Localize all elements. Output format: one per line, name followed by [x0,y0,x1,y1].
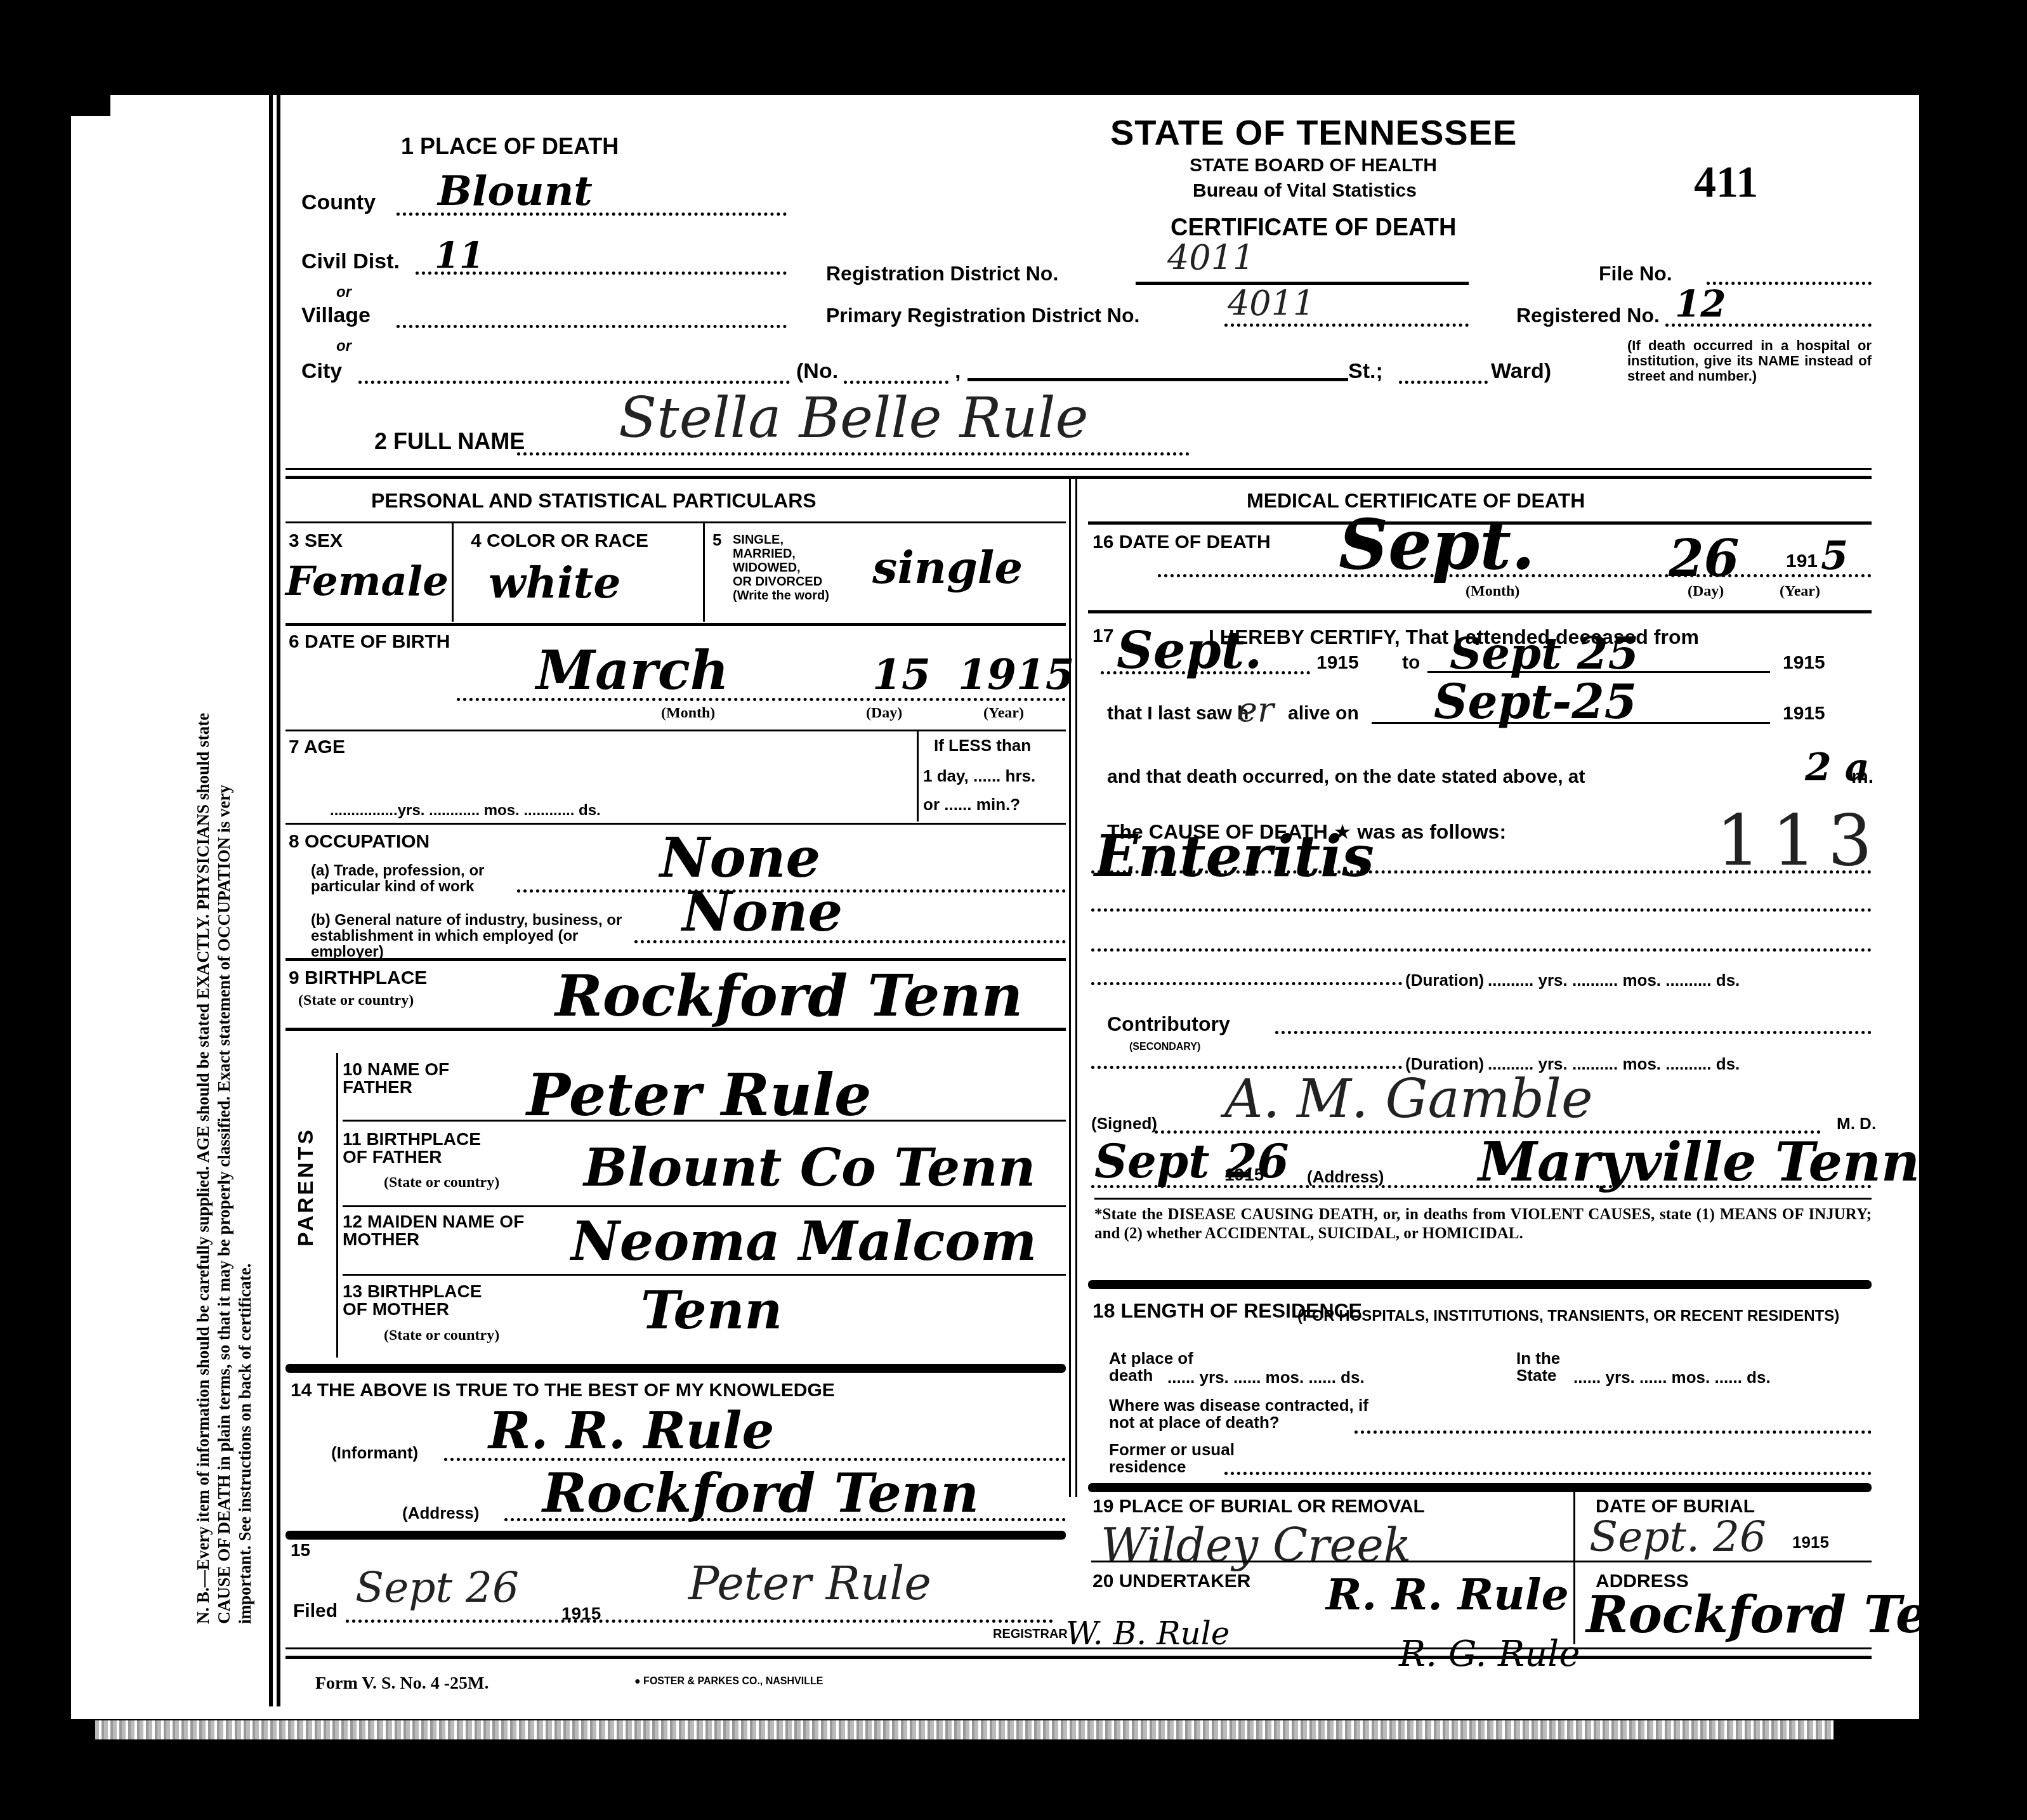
file-no-label: File No. [1599,263,1672,284]
duration-units-1: .......... yrs. .......... mos. ........… [1488,972,1740,989]
occupation-b-value: None [682,885,843,939]
cause-footnote: *State the DISEASE CAUSING DEATH, or, in… [1094,1205,1872,1243]
column-divider [1069,479,1071,1497]
mother-birthplace-label: 13 BIRTHPLACE OF MOTHER [343,1283,501,1318]
or-separator-2: or [336,338,351,354]
former-residence-label: Former or usual residence [1109,1441,1249,1476]
dod-month: Sept. [1339,511,1535,579]
bottom-left-scrawl: W. B. Rule [1066,1618,1230,1649]
attended-to: Sept 25 [1450,631,1639,676]
age-units: ................yrs. ............ mos. .… [330,802,601,818]
margin-note-line2: CAUSE OF DEATH in plain terms, so that i… [214,785,234,1624]
comma-separator: , [955,360,961,382]
city-line [358,381,790,384]
age-label: 7 AGE [289,738,345,757]
residence-caption: (FOR HOSPITALS, INSTITUTIONS, TRANSIENTS… [1297,1305,1875,1328]
last-saw-pronoun: er [1237,693,1274,727]
dob-day-caption: (Day) [866,705,902,721]
less-than-line2: 1 day, ...... hrs. [923,768,1035,785]
dod-year-caption: (Year) [1780,584,1820,599]
cause-line-2 [1091,908,1872,912]
row-rule-dob [285,623,1066,626]
mother-name-label: 12 MAIDEN NAME OF MOTHER [343,1213,552,1248]
filed-date: Sept 26 [355,1567,519,1609]
filed-line [346,1620,1053,1623]
personal-heading: PERSONAL AND STATISTICAL PARTICULARS [371,490,817,511]
row-rule-certify [1088,610,1872,613]
father-birthplace-caption: (State or country) [384,1175,499,1191]
mother-birthplace-caption: (State or country) [384,1328,499,1344]
registered-no-label: Registered No. [1516,305,1660,325]
undertaker-value: R. R. Rule [1326,1573,1569,1616]
street-label: St.; [1348,360,1383,382]
occupation-label: 8 OCCUPATION [289,832,430,851]
city-label: City [301,360,342,382]
row-rule-mother-name [343,1205,1066,1207]
marital-option-widowed: WIDOWED, [733,561,829,575]
dob-day: 15 [872,653,931,695]
form-number: Form V. S. No. 4 -25M. [315,1673,489,1694]
marital-value: single [872,546,1023,590]
footnote-rule [1094,1198,1872,1200]
undertaker-address-value: Rockford Tenn [1586,1589,2002,1640]
mother-name-value: Neoma Malcom [571,1215,1037,1268]
certificate-number: 411 [1694,157,1758,208]
informant-value: R. R. Rule [489,1405,774,1456]
attended-from-year: 1915 [1316,653,1359,672]
dod-day: 26 [1669,533,1739,584]
margin-rule-right [277,95,280,1706]
county-value: Blount [438,171,593,212]
ward-label: Ward) [1491,360,1551,382]
last-saw-label: that I last saw h [1107,704,1249,723]
dod-day-caption: (Day) [1688,584,1724,599]
duration-label-1: (Duration) [1405,972,1484,989]
row-rule-mother-birthplace [343,1274,1066,1276]
or-separator-1: or [336,284,351,300]
signed-address-label: (Address) [1307,1169,1384,1186]
at-place-units: ...... yrs. ...... mos. ...... ds. [1167,1369,1365,1386]
attended-from: Sept. [1117,625,1262,676]
scan-edge [95,1720,1833,1739]
dod-year-suffix: 5 [1821,536,1848,575]
age-divider [917,730,919,822]
sex-value: Female [285,561,449,602]
burial-place-label: 19 PLACE OF BURIAL OR REMOVAL [1092,1497,1425,1516]
age-units-text: yrs. ............ mos. ............ ds. [398,802,601,819]
attended-to-year: 1915 [1783,653,1825,672]
bureau-title: Bureau of Vital Statistics [1193,181,1417,200]
registration-district-label: Registration District No. [826,263,1058,284]
board-title: STATE BOARD OF HEALTH [1190,156,1437,175]
row-rule-parents [285,1028,1066,1031]
margin-note-line1: N. B.—Every item of information should b… [194,713,213,1624]
father-birthplace-value: Blount Co Tenn [584,1142,1035,1194]
contributory-caption: (SECONDARY) [1129,1042,1200,1053]
registrar-label: REGISTRAR [993,1627,1068,1641]
race-label: 4 COLOR OR RACE [471,532,648,551]
birthplace-label: 9 BIRTHPLACE [289,969,427,988]
dod-year-prefix: 191 [1786,552,1818,571]
header-divider-1 [285,468,1872,470]
row-rule-age [285,730,1066,731]
column-divider-2 [1075,479,1077,1497]
father-birthplace-label: 11 BIRTHPLACE OF FATHER [343,1130,501,1166]
street-no-label: (No. [796,360,838,382]
dod-month-caption: (Month) [1466,584,1519,599]
birthplace-caption: (State or country) [298,993,414,1009]
cause-code: 113 [1716,806,1884,875]
hospital-note: (If death occurred in a hospital or inst… [1627,338,1872,384]
contributory-line [1275,1031,1872,1034]
full-name-line [517,452,1190,455]
occupation-a-value: None [660,831,820,886]
margin-note-line3: important. See instructions on back of c… [235,1264,255,1624]
parents-divider [336,1053,338,1358]
row-rule-occupation [285,823,1066,825]
printer-name: FOSTER & PARKES CO., NASHVILLE [643,1676,823,1687]
father-name-value: Peter Rule [527,1066,872,1124]
marital-option-instruction: (Write the word) [733,589,829,603]
village-label: Village [301,304,371,326]
informant-address-label: (Address) [402,1505,479,1522]
to-label: to [1402,653,1420,672]
father-name-label: 10 NAME OF FATHER [343,1061,495,1096]
row-rule-birthplace [285,958,1066,961]
row-rule-informant [285,1364,1066,1373]
dob-year-caption: (Year) [983,705,1024,721]
informant-label: (Informant) [331,1444,418,1462]
row-rule-burial [1088,1483,1872,1492]
filed-label: Filed [293,1602,338,1621]
alive-on-label: alive on [1288,704,1359,723]
street-no-line [844,381,948,384]
certificate-title: CERTIFICATE OF DEATH [1171,216,1456,240]
sex-race-divider [452,523,454,622]
primary-registration-district-label: Primary Registration District No. [826,305,1139,325]
signed-year: 1915 [1224,1166,1264,1184]
former-residence-line [1224,1472,1872,1475]
filed-year: 1915 [561,1605,601,1623]
street-line [968,378,1348,381]
registered-no-value: 12 [1675,285,1726,322]
paper-corner [71,95,110,116]
printer-credit: ● FOSTER & PARKES CO., NASHVILLE [634,1676,823,1687]
burial-date-value: Sept. 26 [1589,1516,1766,1558]
marital-options: SINGLE, MARRIED, WIDOWED, OR DIVORCED (W… [733,533,829,603]
dob-year: 1915 [958,653,1075,695]
full-name-label: 2 FULL NAME [374,430,525,453]
full-name-value: Stella Belle Rule [619,390,1089,446]
birthplace-value: Rockford Tenn [555,967,1023,1025]
row-rule-residence [1088,1280,1872,1289]
dob-label: 6 DATE OF BIRTH [289,632,450,651]
occupation-a-label: (a) Trade, profession, or particular kin… [311,863,520,894]
dod-label: 16 DATE OF DEATH [1092,533,1271,552]
race-marital-divider [703,523,705,622]
contracted-label: Where was disease contracted, if not at … [1109,1397,1375,1432]
mother-birthplace-value: Tenn [641,1285,782,1337]
cause-line-3 [1091,948,1872,952]
marital-option-divorced: OR DIVORCED [733,575,829,589]
occupation-b-label: (b) General nature of industry, business… [311,912,634,960]
bottom-scrawl: R. G. Rule [1399,1637,1580,1672]
burial-divider [1573,1492,1575,1644]
state-title: STATE OF TENNESSEE [1110,112,1517,153]
row-rule-father-birthplace [343,1120,1066,1122]
primary-registration-district-line [1224,324,1469,327]
informant-statement: 14 THE ABOVE IS TRUE TO THE BEST OF MY K… [291,1381,835,1400]
county-label: County [301,192,376,213]
last-saw-year: 1915 [1783,704,1825,723]
in-state-units: ...... yrs. ...... mos. ...... ds. [1573,1369,1771,1386]
duration-line-1 [1091,982,1402,985]
village-line [397,325,787,328]
header-divider-2 [285,476,1872,479]
signed-value: A. M. Gamble [1224,1072,1593,1125]
less-than-line3: or ...... min.? [923,796,1020,813]
filing-number: 15 [291,1542,310,1559]
undertaker-label: 20 UNDERTAKER [1092,1572,1250,1591]
place-of-death-heading: 1 PLACE OF DEATH [401,135,619,158]
burial-row-rule [1091,1561,1872,1562]
contracted-line [1355,1430,1872,1434]
contributory-label: Contributory [1107,1014,1230,1034]
ward-line [1399,381,1488,384]
margin-rule-left [269,95,273,1706]
informant-address-value: Rockford Tenn [542,1467,979,1520]
footer-rule-2 [285,1656,1872,1659]
last-saw-date: Sept-25 [1434,679,1637,726]
signed-label: (Signed) [1091,1115,1157,1132]
marital-option-single: SINGLE, [733,533,829,547]
signed-address-value: Maryville Tenn [1478,1136,1920,1189]
parents-label: PARENTS [295,1127,317,1247]
cert-number: 17 [1092,627,1113,646]
civil-dist-value: 11 [435,238,484,273]
dob-month-caption: (Month) [661,705,715,721]
registration-district-value: 4011 [1167,241,1254,275]
burial-date-year: 1915 [1792,1534,1829,1550]
primary-registration-district-value: 4011 [1228,287,1315,321]
marital-option-married: MARRIED, [733,547,829,561]
less-than-line1: If LESS than [934,737,1031,754]
death-time-suffix: m. [1851,768,1873,787]
row-rule-filing [285,1531,1066,1540]
file-no-line [1707,282,1872,285]
death-time-label: and that death occurred, on the date sta… [1107,768,1585,787]
race-value: white [489,561,620,605]
sex-label: 3 SEX [289,532,343,551]
personal-heading-rule [285,521,1066,523]
cause-value: Enteritis [1094,828,1374,885]
registrar-value: Peter Rule [688,1561,931,1606]
civil-dist-label: Civil Dist. [301,251,400,272]
dob-month: March [536,644,729,697]
marital-number: 5 [712,532,721,548]
